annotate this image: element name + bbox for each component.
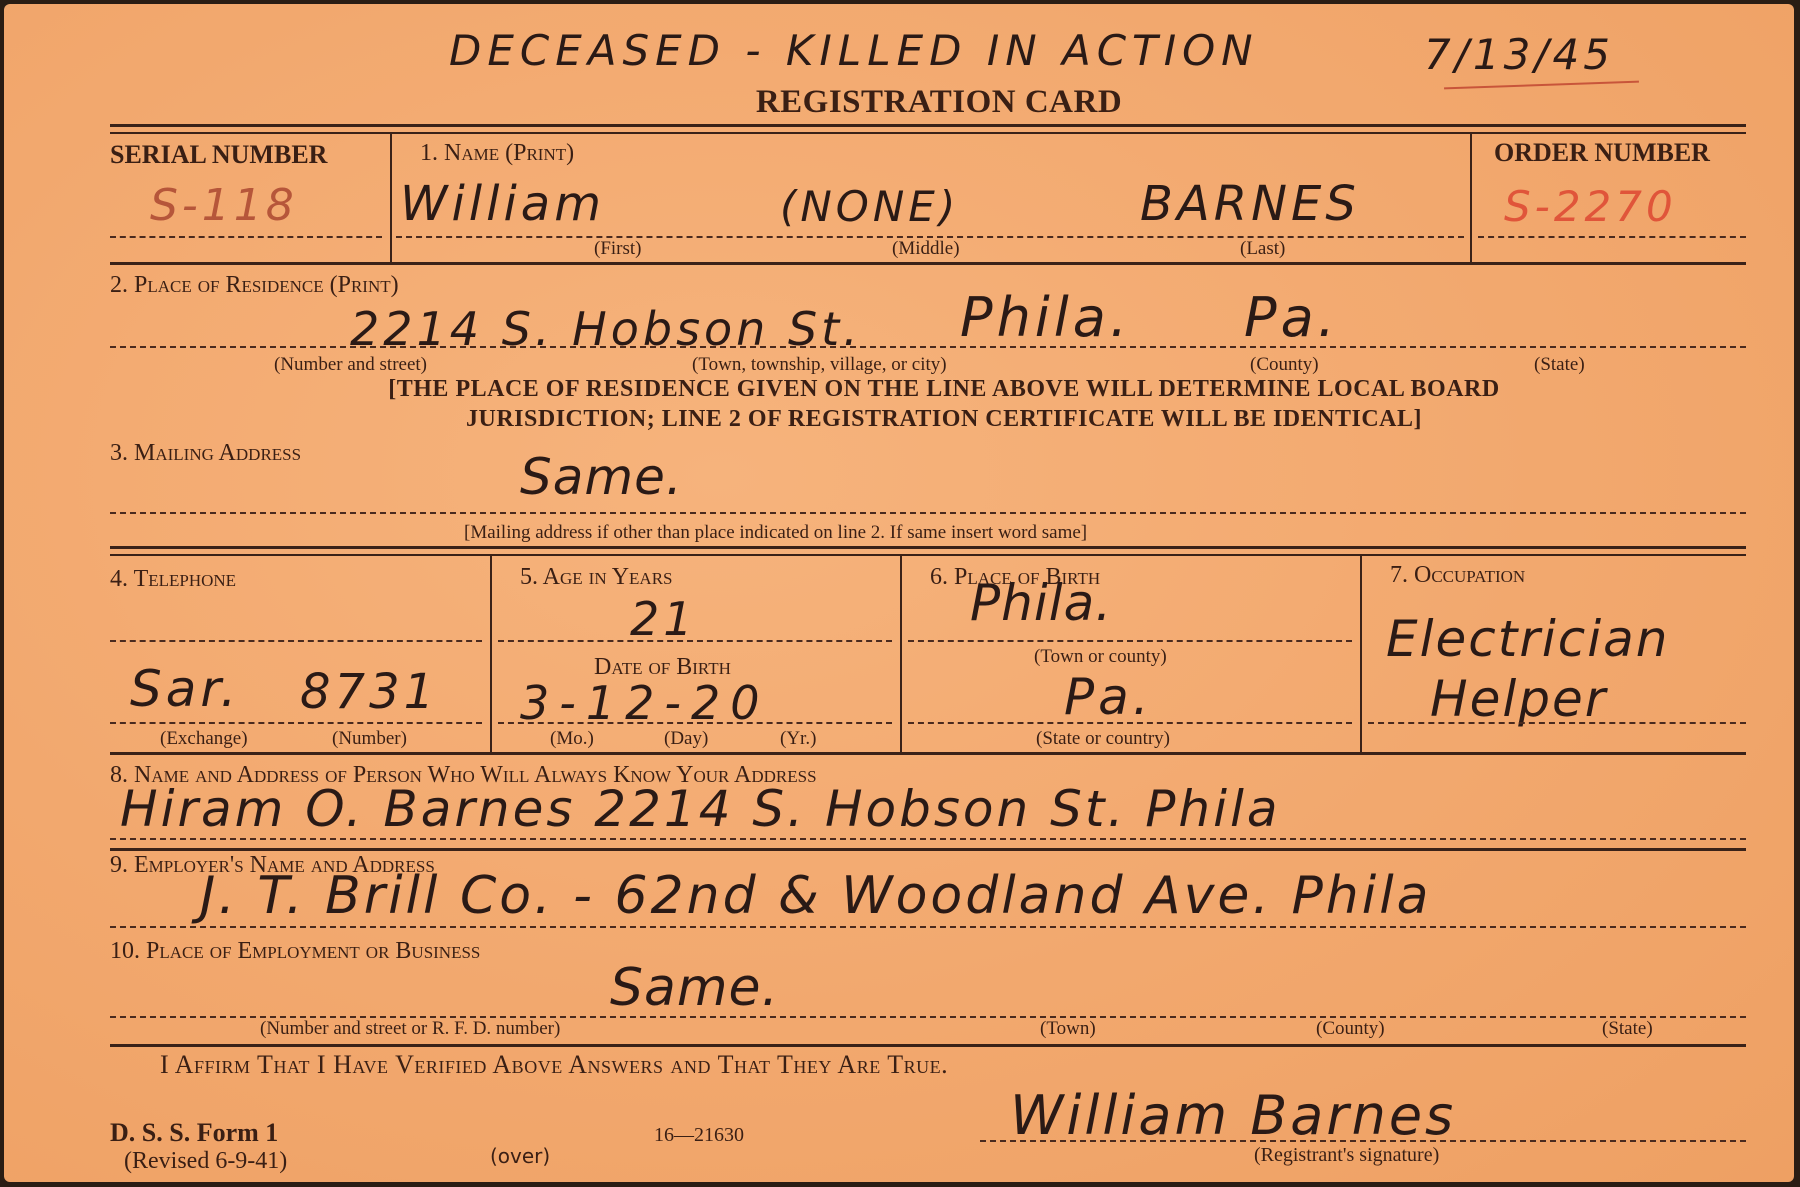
middle-caption: (Middle) bbox=[892, 238, 960, 260]
death-date-annotation: 7/13/45 bbox=[1424, 30, 1614, 79]
employment-town-caption: (Town) bbox=[1040, 1018, 1096, 1040]
birthplace-state-value[interactable]: Pa. bbox=[1064, 668, 1153, 726]
mailing-caption: [Mailing address if other than place ind… bbox=[464, 522, 1087, 544]
row-rule bbox=[110, 848, 1746, 851]
employment-place-label: 10. Place of Employment or Business bbox=[110, 938, 480, 965]
employer-value[interactable]: J. T. Brill Co. - 62nd & Woodland Ave. P… bbox=[200, 866, 1432, 926]
signature-line bbox=[980, 1140, 1746, 1142]
age-value[interactable]: 21 bbox=[630, 592, 697, 646]
employment-state-caption: (State) bbox=[1602, 1018, 1653, 1040]
form-number: D. S. S. Form 1 bbox=[110, 1118, 278, 1148]
order-line bbox=[1478, 236, 1746, 238]
town-caption: (Town, township, village, or city) bbox=[692, 354, 947, 376]
affirmation-text: I Affirm That I Have Verified Above Answ… bbox=[160, 1050, 948, 1080]
registrant-signature[interactable]: William Barnes bbox=[1010, 1084, 1456, 1147]
deceased-annotation: DECEASED - KILLED IN ACTION bbox=[449, 26, 1259, 75]
birthplace-line bbox=[908, 640, 1352, 642]
employer-line bbox=[110, 926, 1746, 928]
divider bbox=[1360, 556, 1362, 752]
mailing-address-value[interactable]: Same. bbox=[520, 448, 683, 506]
age-line bbox=[498, 640, 892, 642]
number-caption: (Number) bbox=[332, 728, 407, 750]
over-note: (over) bbox=[490, 1144, 550, 1168]
telephone-number-value[interactable]: 8731 bbox=[300, 664, 438, 720]
card-title: REGISTRATION CARD bbox=[4, 84, 1794, 121]
mailing-line bbox=[110, 512, 1746, 514]
row-rule bbox=[110, 1044, 1746, 1047]
row-rule bbox=[110, 262, 1746, 265]
residence-line bbox=[110, 346, 1746, 348]
month-caption: (Mo.) bbox=[550, 728, 594, 750]
employment-street-caption: (Number and street or R. F. D. number) bbox=[260, 1018, 560, 1040]
serial-number-label: SERIAL NUMBER bbox=[110, 140, 327, 170]
telephone-line-upper bbox=[110, 640, 482, 642]
day-caption: (Day) bbox=[664, 728, 708, 750]
first-caption: (First) bbox=[594, 238, 642, 260]
serial-line bbox=[110, 236, 382, 238]
residence-town-value[interactable]: Phila. bbox=[960, 286, 1131, 349]
year-caption: (Yr.) bbox=[780, 728, 816, 750]
divider bbox=[390, 134, 392, 262]
dob-line bbox=[498, 722, 892, 724]
birthplace-state-line bbox=[908, 722, 1352, 724]
contact-value[interactable]: Hiram O. Barnes 2214 S. Hobson St. Phila bbox=[120, 780, 1281, 838]
town-or-county-caption: (Town or county) bbox=[1034, 646, 1167, 668]
divider bbox=[1470, 134, 1472, 262]
occupation-line bbox=[1368, 722, 1746, 724]
residence-state-value[interactable]: Pa. bbox=[1244, 286, 1339, 349]
row-rule bbox=[110, 546, 1746, 549]
age-label: 5. Age in Years bbox=[520, 564, 673, 591]
state-or-country-caption: (State or country) bbox=[1036, 728, 1170, 750]
signature-caption: (Registrant's signature) bbox=[1254, 1144, 1439, 1167]
occupation-line2-value[interactable]: Helper bbox=[1430, 670, 1607, 728]
mailing-address-label: 3. Mailing Address bbox=[110, 440, 301, 467]
last-name-value[interactable]: BARNES bbox=[1140, 176, 1360, 232]
row-rule-inner bbox=[110, 554, 1746, 556]
order-number-label: ORDER NUMBER bbox=[1494, 138, 1710, 168]
last-caption: (Last) bbox=[1240, 238, 1285, 260]
birthplace-town-value[interactable]: Phila. bbox=[970, 574, 1112, 632]
print-code: 16—21630 bbox=[654, 1124, 744, 1147]
telephone-line bbox=[110, 722, 482, 724]
telephone-exchange-value[interactable]: Sar. bbox=[130, 660, 240, 718]
street-caption: (Number and street) bbox=[274, 354, 427, 376]
top-rule bbox=[110, 124, 1746, 127]
residence-notice-line1: [THE PLACE OF RESIDENCE GIVEN ON THE LIN… bbox=[4, 376, 1794, 403]
middle-name-value[interactable]: (NONE) bbox=[780, 182, 959, 231]
residence-notice-line2: JURISDICTION; LINE 2 OF REGISTRATION CER… bbox=[4, 406, 1794, 433]
county-caption: (County) bbox=[1250, 354, 1319, 376]
employment-place-value[interactable]: Same. bbox=[610, 958, 779, 1018]
occupation-line1-value[interactable]: Electrician bbox=[1386, 610, 1670, 668]
registration-card: DECEASED - KILLED IN ACTION 7/13/45 REGI… bbox=[4, 4, 1794, 1182]
employment-county-caption: (County) bbox=[1316, 1018, 1385, 1040]
order-number-value[interactable]: S-2270 bbox=[1504, 182, 1677, 231]
divider bbox=[900, 556, 902, 752]
name-label: 1. Name (Print) bbox=[420, 140, 574, 167]
contact-line bbox=[110, 838, 1746, 840]
occupation-label: 7. Occupation bbox=[1390, 562, 1525, 589]
top-rule-inner bbox=[110, 132, 1746, 134]
divider bbox=[490, 556, 492, 752]
row-rule bbox=[110, 752, 1746, 755]
telephone-label: 4. Telephone bbox=[110, 566, 236, 593]
state-caption: (State) bbox=[1534, 354, 1585, 376]
first-name-value[interactable]: William bbox=[400, 176, 605, 232]
residence-label: 2. Place of Residence (Print) bbox=[110, 272, 399, 299]
serial-number-value[interactable]: S-118 bbox=[150, 180, 298, 231]
exchange-caption: (Exchange) bbox=[160, 728, 248, 750]
form-revised: (Revised 6-9-41) bbox=[124, 1148, 287, 1175]
